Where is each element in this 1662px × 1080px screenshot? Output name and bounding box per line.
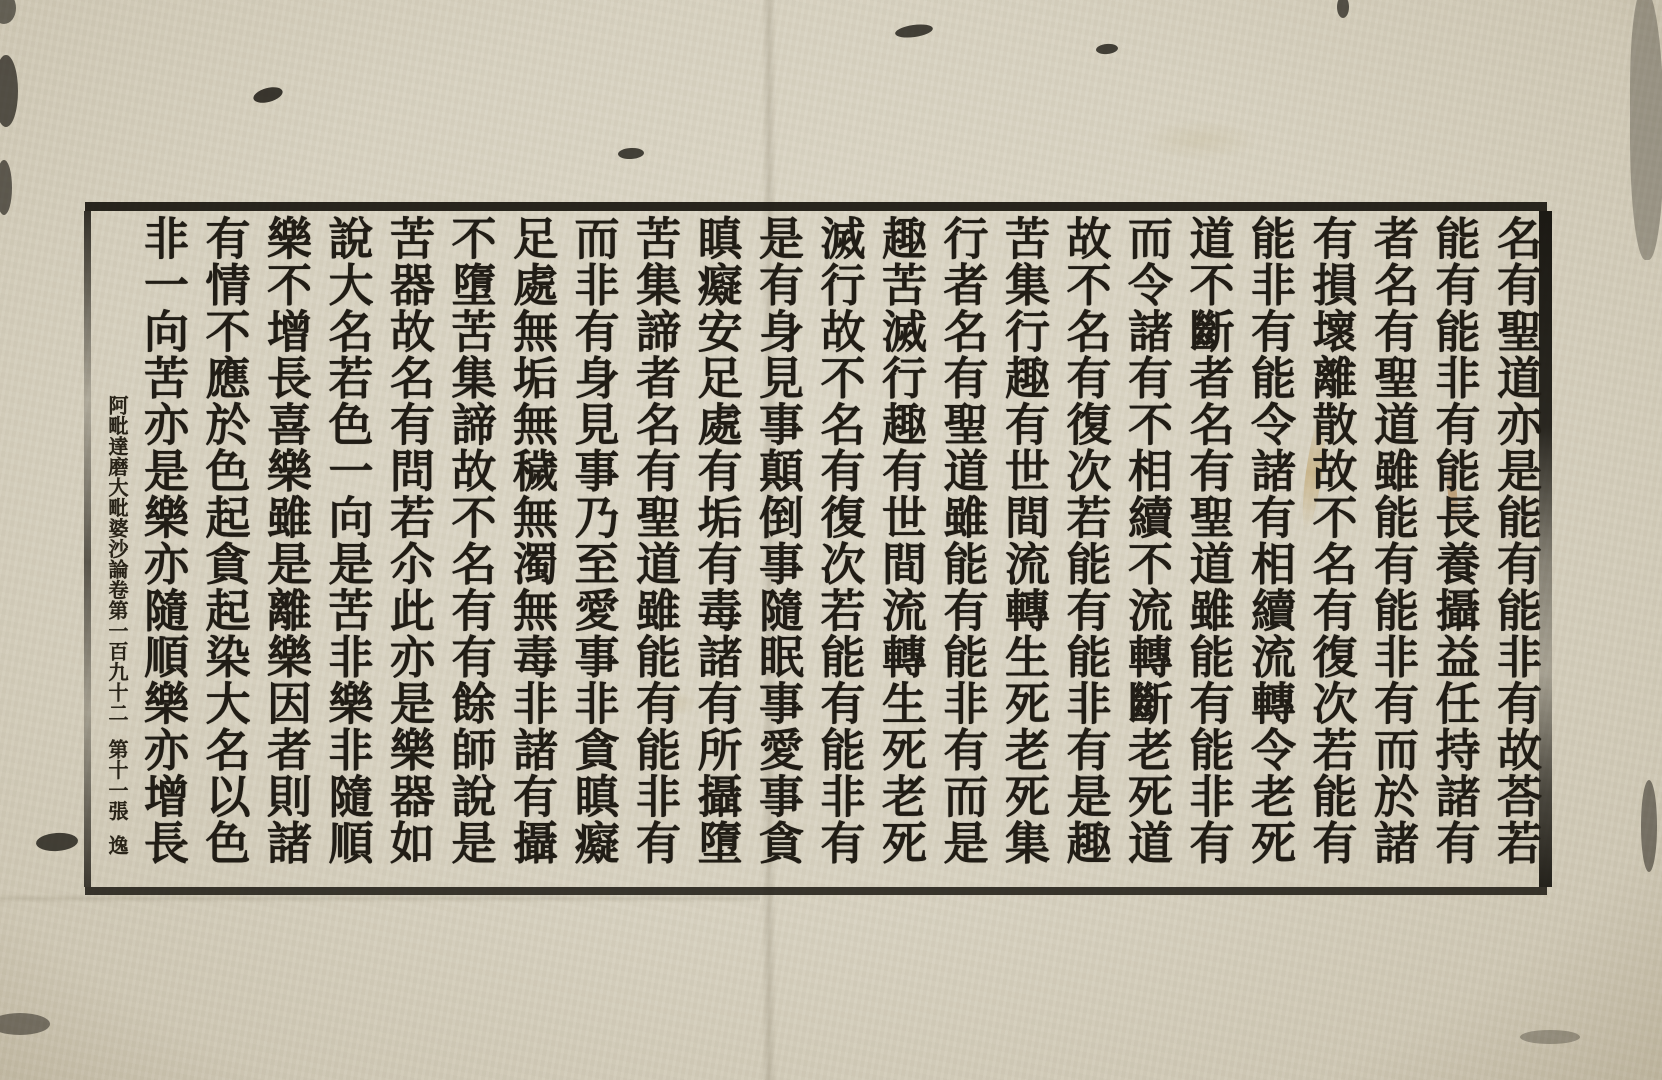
case-mark-character: 逸: [105, 835, 127, 856]
text-column: 而非有身見事乃至愛事非貪瞋癡: [562, 215, 623, 883]
frame-border-left: [84, 211, 91, 887]
text-column: 者名有聖道雖能有能非有而於諸: [1361, 215, 1422, 883]
text-column: 不墮苦集諦故不名有有餘師說是: [439, 215, 500, 883]
ink-smudge: [1630, 0, 1662, 260]
ink-smudge: [0, 160, 12, 215]
text-column: 行者名有聖道雖能有能非有而是: [931, 215, 992, 883]
text-column: 能有能非有能長養攝益任持諸有: [1423, 215, 1484, 883]
ink-smudge: [0, 55, 18, 127]
text-column: 說大名若色一向是苦非樂非隨順: [316, 215, 377, 883]
scanned-sutra-page: { "page": { "columns": [ "名有聖道亦是能有能非有故荅若…: [0, 0, 1662, 1080]
text-column: 名有聖道亦是能有能非有故荅若: [1484, 215, 1545, 883]
text-column: 道不斷者名有聖道雖能有能非有: [1177, 215, 1238, 883]
colophon: 阿毗達磨大毗婆沙論卷第一百九十二第十一張逸: [99, 395, 133, 875]
text-column: 苦器故名有問若尒此亦是樂器如: [377, 215, 438, 883]
text-column: 有損壞離散故不名有復次若能有: [1300, 215, 1361, 883]
text-column: 苦集諦者名有聖道雖能有能非有: [623, 215, 684, 883]
ink-smudge: [252, 84, 285, 105]
ink-smudge: [1520, 1030, 1580, 1044]
text-block: 名有聖道亦是能有能非有故荅若 能有能非有能長養攝益任持諸有 者名有聖道雖能有能非…: [131, 215, 1545, 883]
ink-smudge: [1096, 43, 1119, 55]
text-column: 是有身見事顛倒事隨眠事愛事貪: [746, 215, 807, 883]
fold-crease: [0, 894, 760, 903]
text-column: 有情不應於色起貪起染大名以色: [193, 215, 254, 883]
text-column: 非一向苦亦是樂亦隨順樂亦增長: [131, 215, 192, 883]
ink-smudge: [1641, 780, 1657, 872]
text-column: 瞋癡安足處有垢有毒諸有所攝墮: [685, 215, 746, 883]
text-column: 樂不增長喜樂雖是離樂因者則諸: [254, 215, 315, 883]
colophon-title: 阿毗達磨大毗婆沙論卷第一百九十二: [105, 395, 127, 723]
text-column: 滅行故不名有復次若能有能非有: [808, 215, 869, 883]
ink-smudge: [0, 1013, 50, 1035]
ink-smudge: [1337, 0, 1349, 18]
sheet-number: 第十一張: [105, 739, 127, 821]
text-column: 足處無垢無穢無濁無毒非諸有攝: [500, 215, 561, 883]
ink-smudge: [618, 147, 645, 159]
text-column: 趣苦滅行趣有世間流轉生死老死: [869, 215, 930, 883]
print-frame: 名有聖道亦是能有能非有故荅若 能有能非有能長養攝益任持諸有 者名有聖道雖能有能非…: [85, 202, 1547, 895]
text-column: 故不名有復次若能有能非有是趣: [1054, 215, 1115, 883]
text-column: 而令諸有不相續不流轉斷老死道: [1115, 215, 1176, 883]
ink-smudge: [35, 832, 78, 853]
text-column: 苦集行趣有世間流轉生死老死集: [992, 215, 1053, 883]
text-column: 能非有能令諸有相續流轉令老死: [1238, 215, 1299, 883]
paper-stain: [1140, 120, 1260, 160]
ink-smudge: [894, 22, 933, 39]
ink-smudge: [0, 0, 16, 24]
